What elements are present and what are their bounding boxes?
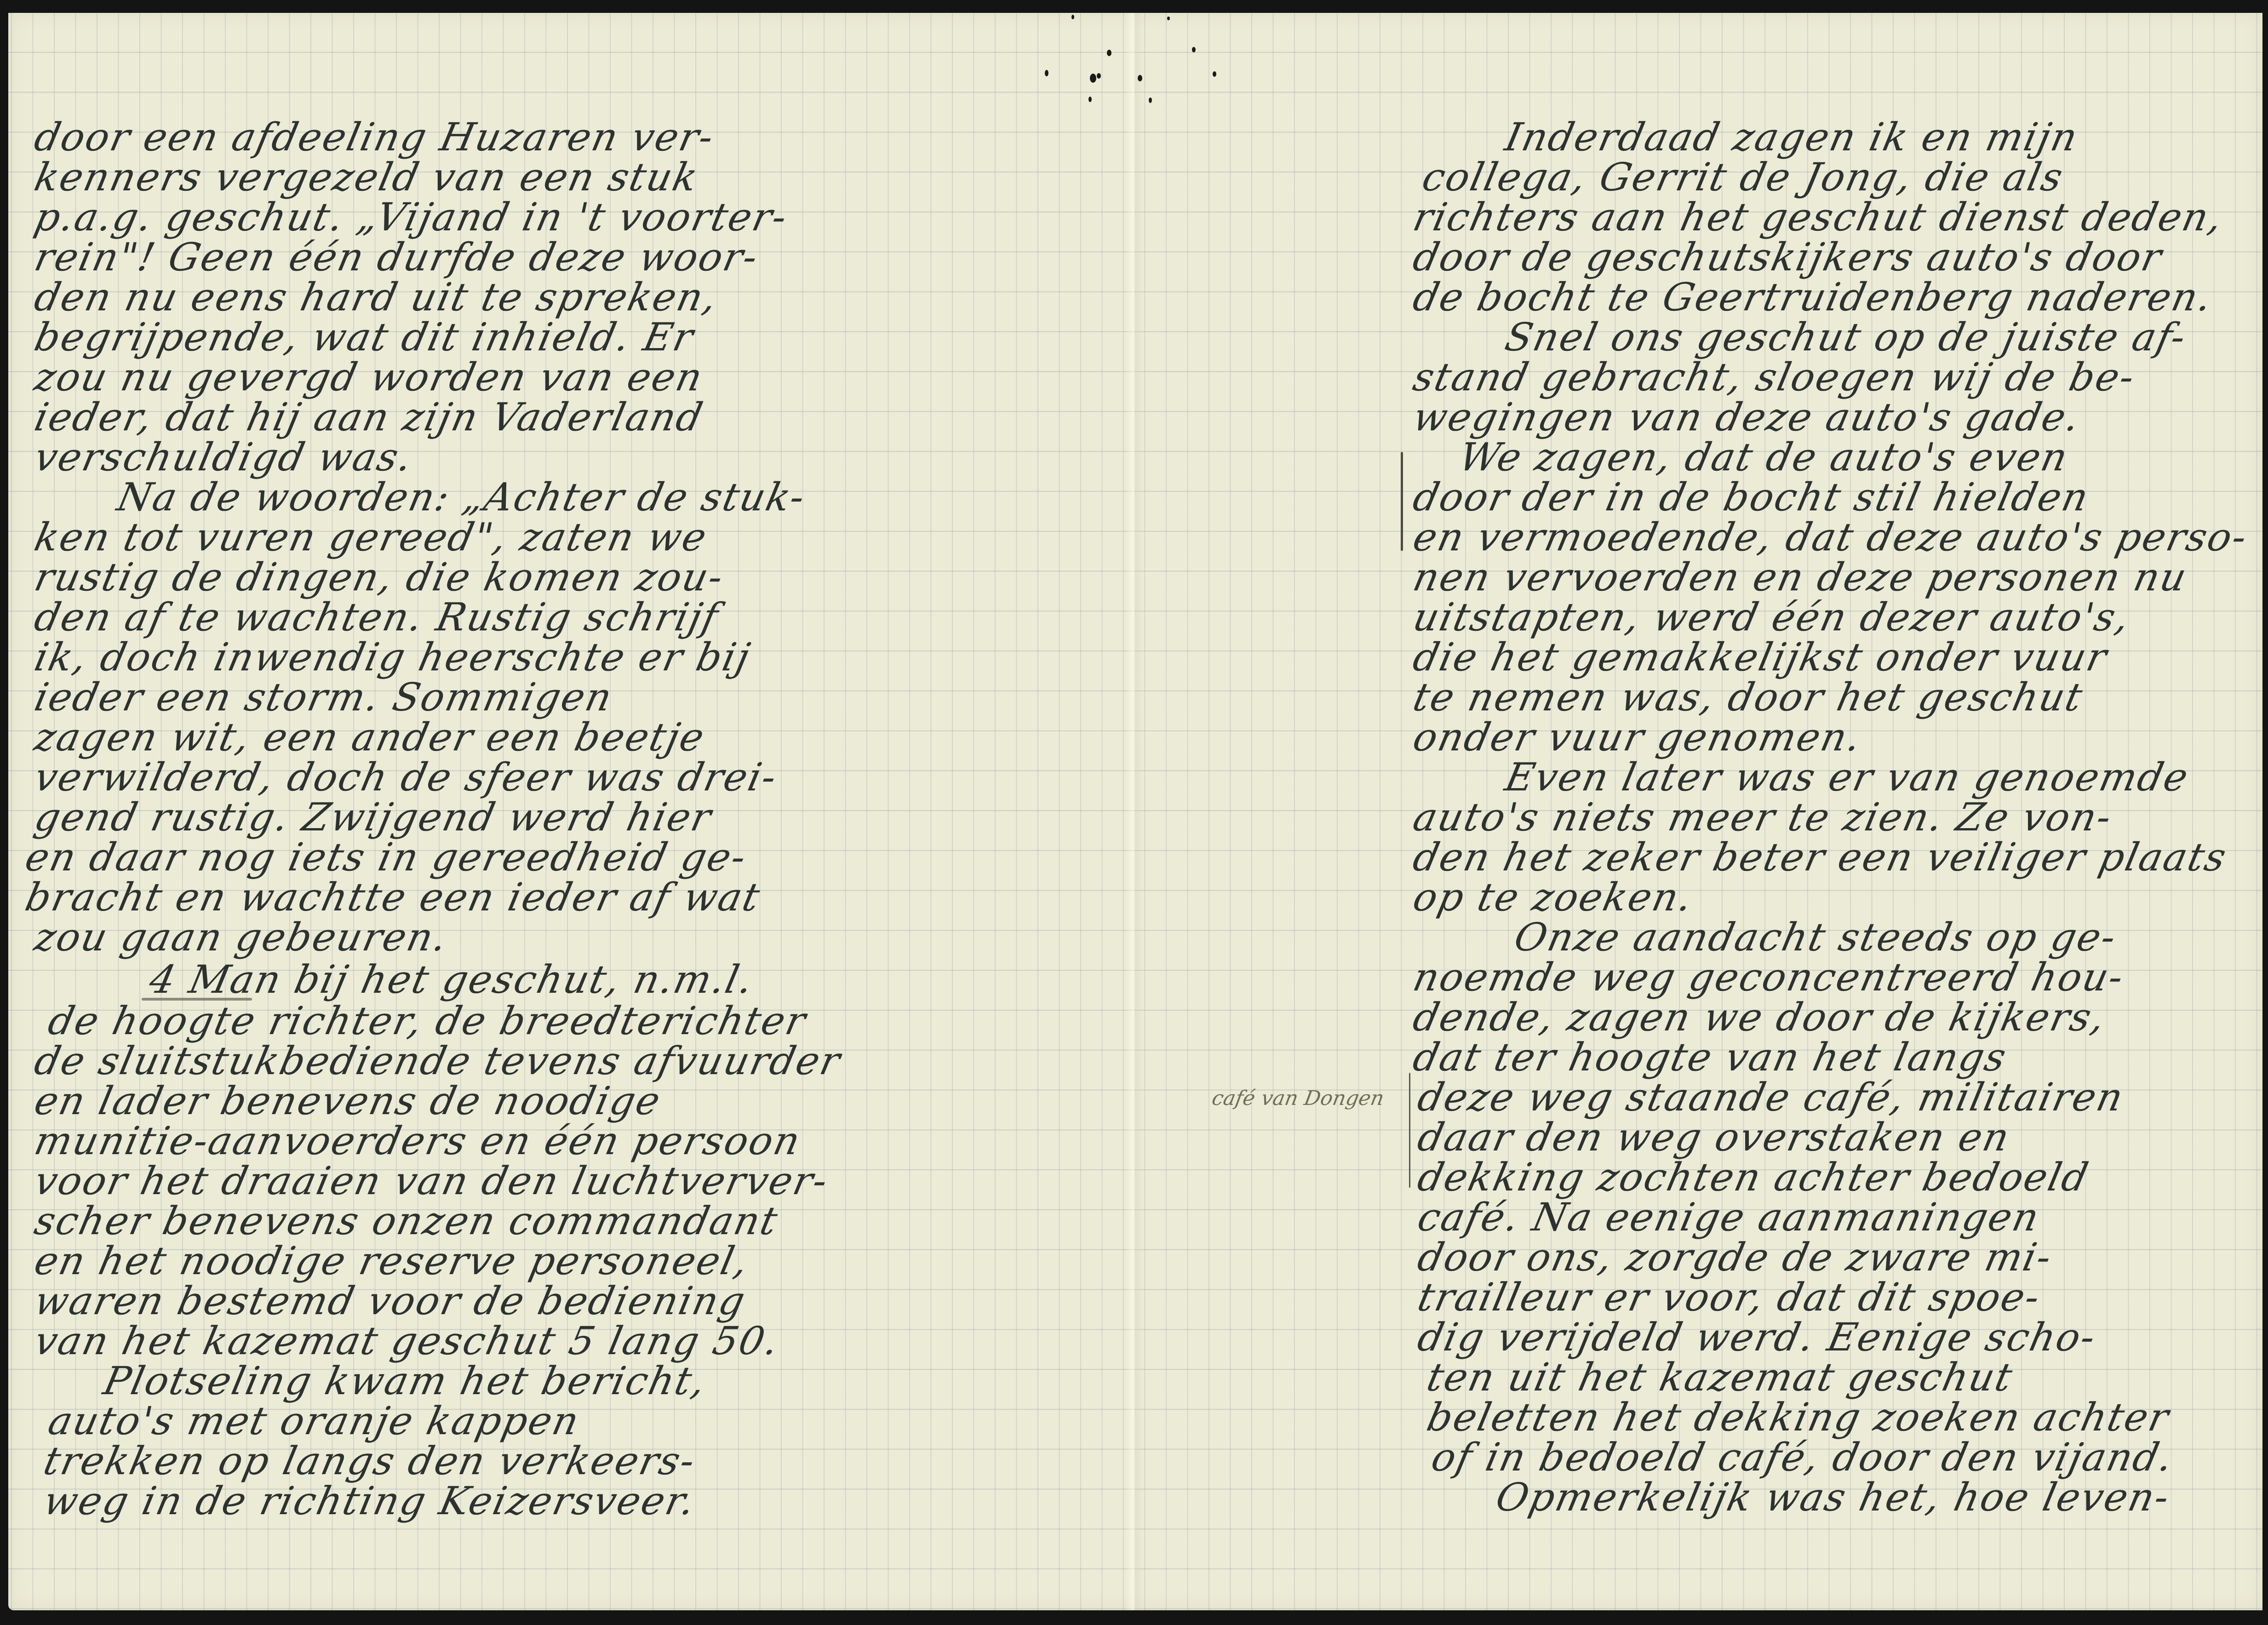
text-line: en daar nog iets in gereedheid ge- <box>22 838 750 876</box>
text-line: door de geschutskijkers auto's door <box>1410 238 2166 276</box>
text-line: rustig de dingen, die komen zou- <box>31 558 727 596</box>
text-line: daar den weg overstaken en <box>1415 1118 2014 1156</box>
text-line: stand gebracht, sloegen wij de be- <box>1410 358 2139 396</box>
text-line: door ons, zorgde de zware mi- <box>1415 1238 2056 1276</box>
text-line: door der in de bocht stil hielden <box>1410 478 2093 516</box>
text-line: dende, zagen we door de kijkers, <box>1410 998 2110 1036</box>
text-line: den het zeker beter een veiliger plaats <box>1410 838 2231 876</box>
text-line: den nu eens hard uit te spreken, <box>31 278 722 316</box>
text-line: weg in de richting Keizersveer. <box>40 1482 699 1520</box>
text-line: ken tot vuren gereed", zaten we <box>31 518 711 556</box>
text-line: trailleur er voor, dat dit spoe- <box>1415 1278 2045 1316</box>
left-page: door een afdeeling Huzaren ver- kenners … <box>8 13 1126 1610</box>
text-line: Plotseling kwam het bericht, <box>100 1362 710 1400</box>
text-line: begrijpende, wat dit inhield. Er <box>31 318 698 356</box>
text-line: verwilderd, doch de sfeer was drei- <box>31 758 781 796</box>
text-line: Opmerkelijk was het, hoe leven- <box>1493 1478 2174 1516</box>
text-line: door een afdeeling Huzaren ver- <box>31 118 718 156</box>
text-line: onder vuur genomen. <box>1410 718 1866 756</box>
text-line: gend rustig. Zwijgend werd hier <box>31 798 716 836</box>
text-line: ieder, dat hij aan zijn Vaderland <box>31 398 707 436</box>
text-line: beletten het dekking zoeken achter <box>1424 1398 2173 1436</box>
text-line: den af te wachten. Rustig schrijf <box>31 598 722 636</box>
text-line: p.a.g. geschut. „Vijand in 't voorter- <box>31 198 791 236</box>
margin-marker-bar <box>1409 1073 1410 1188</box>
text-line: Na de woorden: „Achter de stuk- <box>114 478 809 516</box>
text-line: ten uit het kazemat geschut <box>1424 1358 2017 1396</box>
margin-marker-bar <box>1401 452 1403 551</box>
text-line: café. Na eenige aanmaningen <box>1415 1198 2044 1236</box>
text-line: auto's niets meer te zien. Ze von- <box>1410 798 2116 836</box>
text-line: die het gemakkelijkst onder vuur <box>1410 638 2111 676</box>
text-line: Even later was er van genoemde <box>1502 758 2193 796</box>
margin-note-cafe: café van Dongen <box>1210 1087 1386 1110</box>
text-line: de bocht te Geertruidenberg naderen. <box>1410 278 2216 316</box>
text-line: richters aan het geschut dienst deden, <box>1410 198 2227 236</box>
text-line: de hoogte richter, de breedterichter <box>45 1001 810 1040</box>
text-line: dat ter hoogte van het langs <box>1410 1038 2010 1076</box>
text-line: zou gaan gebeuren. <box>31 918 452 956</box>
text-line: 4 Man bij het geschut, n.m.l. <box>146 960 757 999</box>
text-line: kenners vergezeld van een stuk <box>31 158 702 196</box>
center-fold <box>1126 13 1143 1610</box>
text-line: ik, doch inwendig heerschte er bij <box>31 638 754 676</box>
text-line: verschuldigd was. <box>31 438 417 476</box>
text-line: scher benevens onzen commandant <box>31 1202 782 1240</box>
text-line: waren bestemd voor de bediening <box>31 1282 750 1320</box>
text-line: en vermoedende, dat deze auto's perso- <box>1410 518 2251 556</box>
text-line: uitstapten, werd één dezer auto's, <box>1410 598 2134 636</box>
text-line: noemde weg geconcentreerd hou- <box>1410 958 2128 996</box>
text-line: zou nu gevergd worden van een <box>31 358 707 396</box>
text-line: en het noodige reserve personeel, <box>31 1242 753 1280</box>
text-line: deze weg staande café, militairen <box>1415 1078 2128 1116</box>
text-line: collega, Gerrit de Jong, die als <box>1419 158 2067 196</box>
text-line: dig verijdeld werd. Eenige scho- <box>1415 1318 2100 1356</box>
text-line: of in bedoeld café, door den vijand. <box>1428 1438 2177 1476</box>
text-line: Onze aandacht steeds op ge- <box>1511 918 2120 956</box>
text-line: te nemen was, door het geschut <box>1410 678 2087 716</box>
text-line: op te zoeken. <box>1410 878 1697 916</box>
text-line: rein"! Geen één durfde deze woor- <box>31 238 762 276</box>
text-line: Inderdaad zagen ik en mijn <box>1502 118 2082 156</box>
text-line: bracht en wachtte een ieder af wat <box>22 878 764 916</box>
text-line: munitie-aanvoerders en één persoon <box>31 1121 805 1160</box>
text-line: dekking zochten achter bedoeld <box>1415 1158 2093 1196</box>
text-line: Snel ons geschut op de juiste af- <box>1502 318 2190 356</box>
binding-hole <box>1138 75 1142 81</box>
right-page: Inderdaad zagen ik en mijn collega, Gerr… <box>1143 13 2262 1610</box>
text-line: de sluitstukbediende tevens afvuurder <box>31 1041 845 1080</box>
text-line: nen vervoerden en deze personen nu <box>1410 558 2191 596</box>
text-line: We zagen, dat de auto's even <box>1456 438 2072 476</box>
text-line: trekken op langs den verkeers- <box>40 1442 699 1480</box>
text-line: auto's met oranje kappen <box>45 1402 584 1440</box>
text-line: en lader benevens de noodige <box>31 1081 665 1120</box>
text-line: zagen wit, een ander een beetje <box>31 718 709 756</box>
text-line: van het kazemat geschut 5 lang 50. <box>31 1322 783 1360</box>
text-line: wegingen van deze auto's gade. <box>1410 398 2084 436</box>
text-line: voor het draaien van den luchtverver- <box>31 1162 832 1200</box>
text-line: ieder een storm. Sommigen <box>31 678 617 716</box>
scanned-document: door een afdeeling Huzaren ver- kenners … <box>0 0 2268 1625</box>
